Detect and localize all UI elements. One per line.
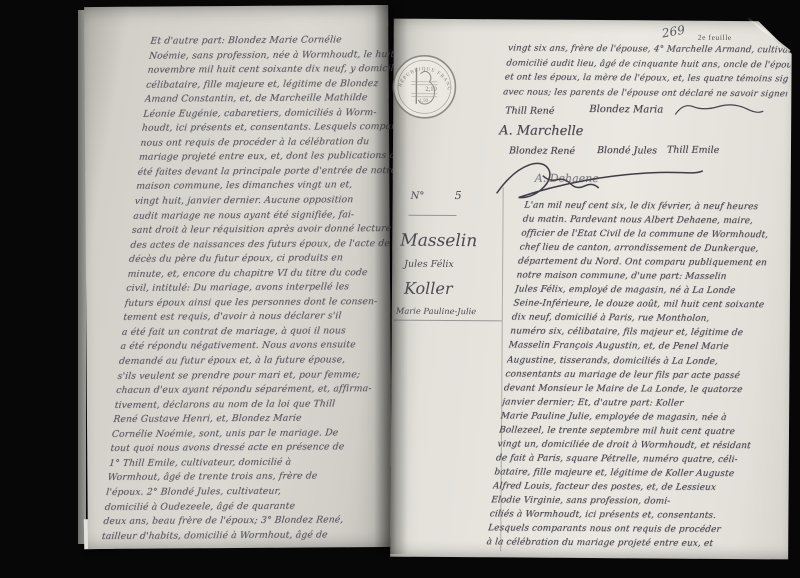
paraph-flourish-icon [671,99,767,122]
stamp-value-2: 1,50 [419,99,428,104]
right-page: 269 2e feuille RÉPUBLIQUE FRANÇAISE 2,10… [390,19,792,560]
left-page-handwritten-text: Et d'autre part: Blondez Marie CornélieN… [101,33,413,544]
margin-rule-small [409,215,457,216]
act-start-handwritten-text: L'an mil neuf cent six, le dix février, … [486,199,800,552]
signature-groom: Thill René [505,105,554,116]
signature-witness-3: Thill Emile [667,145,719,156]
sheet-label: 2e feuille [698,33,732,42]
stamp-value-1: 2,10 [425,86,436,93]
margin-bride-surname: Koller [404,279,453,298]
margin-groom-surname: Masselin [400,231,477,252]
act-end-handwritten-text: vingt six ans, frère de l'épouse, 4° Mar… [502,41,793,101]
act-number: 5 [455,189,462,202]
signature-bride: Blondez Maria [589,104,663,116]
margin-rule-bottom [394,320,502,322]
signature-uncle: A. Marchelle [499,123,583,139]
folio-number: 269 [661,23,686,41]
page-gutter-shadow [374,4,408,554]
left-page: Et d'autre part: Blondez Marie CornélieN… [84,5,392,549]
archival-register-scan: Et d'autre part: Blondez Marie CornélieN… [0,0,800,578]
margin-groom-firstnames: Jules Félix [404,259,454,270]
signature-witness-2: Blondé Jules [597,145,657,156]
act-number-label: N° [411,191,425,202]
mayor-signature-name: A. Dehaene [535,172,599,185]
